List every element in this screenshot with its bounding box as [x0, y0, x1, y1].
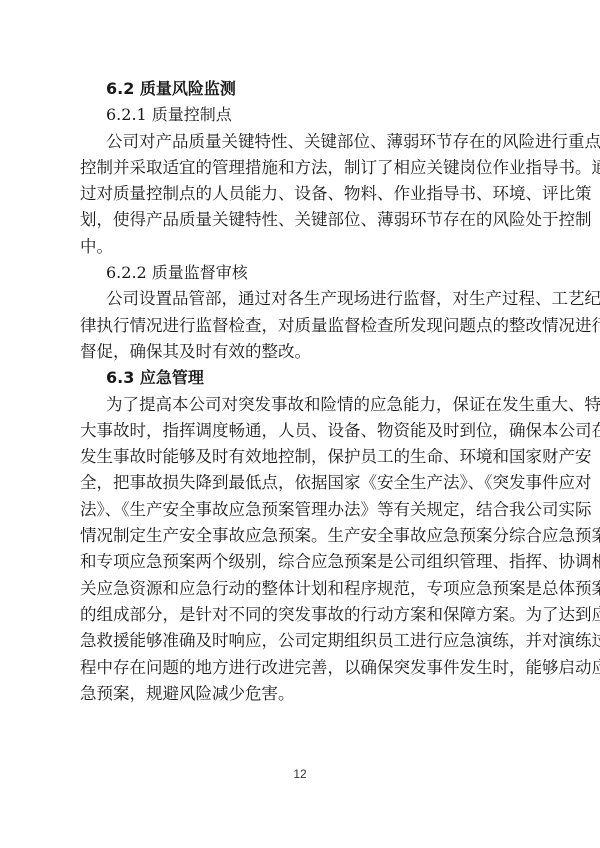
- paragraph-line: 中。: [80, 234, 528, 260]
- paragraph-line: 全，把事故损失降到最低点，依据国家《安全生产法》、《突发事件应对: [80, 470, 528, 496]
- paragraph-line: 法》、《生产安全事故应急预案管理办法》等有关规定，结合我公司实际: [80, 497, 528, 523]
- document-page: 6.2 质量风险监测 6.2.1 质量控制点 公司对产品质量关键特性、关键部位、…: [80, 76, 528, 707]
- paragraph-line: 发生事故时能够及时有效地控制，保护员工的生命、环境和国家财产安: [80, 444, 528, 470]
- paragraph-line: 关应急资源和应急行动的整体计划和程序规范，专项应急预案是总体预案: [80, 576, 528, 602]
- subsection-heading-6-2-1: 6.2.1 质量控制点: [80, 102, 528, 128]
- page-number: 12: [0, 767, 600, 781]
- paragraph-line: 大事故时，指挥调度畅通，人员、设备、物资能及时到位，确保本公司在: [80, 418, 528, 444]
- paragraph-line: 律执行情况进行监督检查，对质量监督检查所发现问题点的整改情况进行: [80, 313, 528, 339]
- paragraph-line: 和专项应急预案两个级别，综合应急预案是公司组织管理、指挥、协调相: [80, 549, 528, 575]
- section-heading-6-2: 6.2 质量风险监测: [80, 76, 528, 102]
- paragraph-line: 督促，确保其及时有效的整改。: [80, 339, 528, 365]
- subsection-heading-6-2-2: 6.2.2 质量监督审核: [80, 260, 528, 286]
- paragraph-line: 公司设置品管部，通过对各生产现场进行监督，对生产过程、工艺纪: [80, 286, 528, 312]
- paragraph-line: 情况制定生产安全事故应急预案。生产安全事故应急预案分综合应急预案: [80, 523, 528, 549]
- paragraph-line: 急预案，规避风险减少危害。: [80, 681, 528, 707]
- paragraph-line: 的组成部分，是针对不同的突发事故的行动方案和保障方案。为了达到应: [80, 602, 528, 628]
- paragraph-line: 程中存在问题的地方进行改进完善，以确保突发事件发生时，能够启动应: [80, 655, 528, 681]
- paragraph-quality-control-points: 公司对产品质量关键特性、关键部位、薄弱环节存在的风险进行重点 控制并采取适宜的管…: [80, 129, 528, 260]
- paragraph-line: 公司对产品质量关键特性、关键部位、薄弱环节存在的风险进行重点: [80, 129, 528, 155]
- paragraph-line: 划，使得产品质量关键特性、关键部位、薄弱环节存在的风险处于控制: [80, 207, 528, 233]
- section-heading-6-3: 6.3 应急管理: [80, 365, 528, 391]
- paragraph-line: 过对质量控制点的人员能力、设备、物料、作业指导书、环境、评比策: [80, 181, 528, 207]
- paragraph-emergency-management: 为了提高本公司对突发事故和险情的应急能力，保证在发生重大、特 大事故时，指挥调度…: [80, 392, 528, 708]
- paragraph-quality-audit: 公司设置品管部，通过对各生产现场进行监督，对生产过程、工艺纪 律执行情况进行监督…: [80, 286, 528, 365]
- paragraph-line: 控制并采取适宜的管理措施和方法，制订了相应关键岗位作业指导书。通: [80, 155, 528, 181]
- paragraph-line: 急救援能够准确及时响应，公司定期组织员工进行应急演练，并对演练过: [80, 628, 528, 654]
- paragraph-line: 为了提高本公司对突发事故和险情的应急能力，保证在发生重大、特: [80, 392, 528, 418]
